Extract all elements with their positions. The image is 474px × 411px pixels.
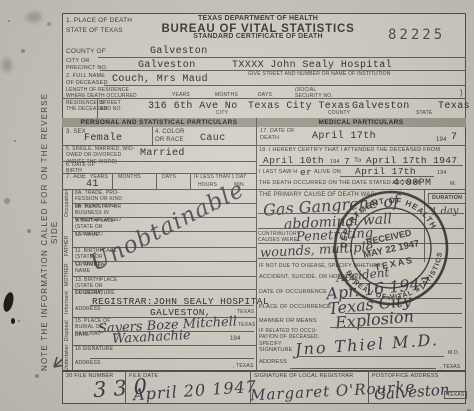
burial-date-label: DATE: [75, 332, 89, 338]
scan-ink-blot: [11, 318, 15, 324]
rule: [90, 305, 254, 306]
local-registrar-label: SIGNATURE OF LOCAL REGISTRAR: [254, 373, 353, 380]
scan-ink-blot: [2, 291, 16, 313]
rule: [340, 176, 434, 177]
certify-label: 18. I HEREBY CERTIFY THAT I ATTENDED THE…: [259, 147, 463, 154]
last-saw-year-pre: 194: [437, 170, 447, 177]
age-days-label: DAYS: [162, 174, 176, 180]
postoffice-address-label: POSTOFFICE ADDRESS: [372, 373, 438, 380]
sex-value: Female: [84, 133, 122, 144]
undertaker-signature-label: 16 SIGNATURE: [75, 346, 113, 352]
date-of-death-label: 17. DATE OF DEATH: [260, 128, 295, 142]
divider: [112, 173, 113, 189]
received-stamp: DEPARTMENT OF HEALTH BUREAU OF VITAL STA…: [320, 177, 462, 319]
alive-on-label: ALIVE ON: [314, 169, 341, 176]
undertaker-address-label: ADDRESS: [75, 360, 101, 366]
residence-state-value: Texas: [438, 101, 470, 112]
contributory-label: CONTRIBUTORY CAUSES WERE:: [258, 231, 300, 244]
last-saw-label: I LAST SAW H: [259, 169, 297, 176]
manner-or-means-label: MANNER OR MEANS: [259, 318, 317, 325]
divider: [190, 173, 191, 189]
ssn-paren: ): [460, 88, 463, 98]
margin-note: NOTE THE INFORMATION CALLED FOR ON THE R…: [40, 84, 60, 380]
rule: [98, 57, 466, 58]
rule: [62, 98, 466, 99]
age-label: 7. AGE: [66, 174, 86, 182]
divider: [97, 99, 98, 118]
county-of-value: Galveston: [150, 46, 208, 57]
date-of-death-value: April 17th: [312, 131, 376, 142]
scan-smudge: [2, 58, 12, 72]
state-of-texas-label: STATE OF TEXAS: [66, 27, 123, 35]
burial-year-label: 194: [230, 336, 241, 344]
county-sub-label: COUNTY: [328, 110, 350, 116]
side-label-undertaker: Undertaker: [64, 345, 70, 371]
divider: [156, 173, 157, 189]
rule: [256, 145, 466, 146]
side-label-informant: Informant: [64, 289, 70, 317]
race-value: Cauc: [200, 133, 226, 144]
medical-section-header: MEDICAL PARTICULARS: [256, 118, 466, 127]
scan-smudge: [26, 12, 42, 22]
burial-state-label: TEXAS: [238, 322, 255, 328]
standard-certificate-title: STANDARD CERTIFICATE OF DEATH: [150, 33, 366, 42]
physician-address-label: ADDRESS: [259, 359, 287, 366]
divider: [152, 127, 153, 145]
scan-noise: [8, 20, 10, 22]
physician-signature-label: SIGNATURE: [259, 347, 292, 354]
undertaker-state-label: , TEXAS: [233, 363, 253, 369]
race-label: 4. COLOR OR RACE: [155, 129, 185, 144]
rule: [330, 327, 462, 328]
institution-note: GIVE STREET AND NUMBER OR NAME OF INSTIT…: [248, 71, 391, 77]
physician-state-label: , TEXAS: [440, 364, 460, 370]
informant-address-label: ADDRESS: [75, 306, 101, 312]
last-saw-er-value: er: [300, 167, 312, 178]
street-label: STREET AND NO.: [100, 100, 122, 113]
county-of-label: COUNTY OF: [66, 48, 106, 56]
rule: [90, 358, 254, 359]
father-name-label: 10. NAME: [75, 232, 99, 238]
marital-value: Married: [140, 148, 185, 159]
side-label-occupation: Occupation: [64, 189, 70, 217]
certificate-number: 82225: [388, 27, 445, 43]
date-of-death-year-pre: 194: [436, 137, 447, 145]
state-sub-label: STATE: [416, 110, 432, 116]
informant-state-label: TEXAS: [237, 309, 254, 315]
date-of-occurrence-label: DATE OF OCCURRENCE: [259, 289, 327, 296]
age-months-label: MONTHS: [118, 174, 141, 180]
file-date-label: FILE DATE: [129, 373, 158, 380]
sex-label: 3. SEX: [66, 129, 86, 137]
side-label-mother: MOTHER: [64, 261, 70, 289]
attended-to-label: To: [354, 157, 361, 165]
residence-county-value: Galveston: [352, 101, 410, 112]
column-divider: [256, 118, 257, 371]
rule: [290, 368, 436, 369]
personal-section-header: PERSONAL AND STATISTICAL PARTICULARS: [62, 118, 256, 127]
full-name-label: 2. FULL NAME OF DECEASED: [66, 73, 108, 87]
rule: [298, 356, 444, 357]
date-of-death-year-suf: 7: [451, 132, 457, 143]
death-occurred-m-label: M.: [450, 181, 457, 188]
place-of-occurrence-label: PLACE OF OCCURRENCE: [259, 304, 331, 311]
postoffice-state-label: TEXAS: [444, 391, 467, 399]
physician-md-label: M.D.: [448, 350, 459, 356]
death-certificate-scan: NOTE THE INFORMATION CALLED FOR ON THE R…: [0, 0, 474, 411]
side-label-disposal: Disposal: [64, 317, 70, 345]
side-label-father: FATHER: [64, 231, 70, 261]
full-name-value: Couch, Mrs Maud: [112, 74, 208, 85]
place-of-death-label: 1. PLACE OF DEATH: [66, 17, 132, 25]
rule: [104, 85, 466, 86]
city-sub-label: CITY: [216, 110, 228, 116]
